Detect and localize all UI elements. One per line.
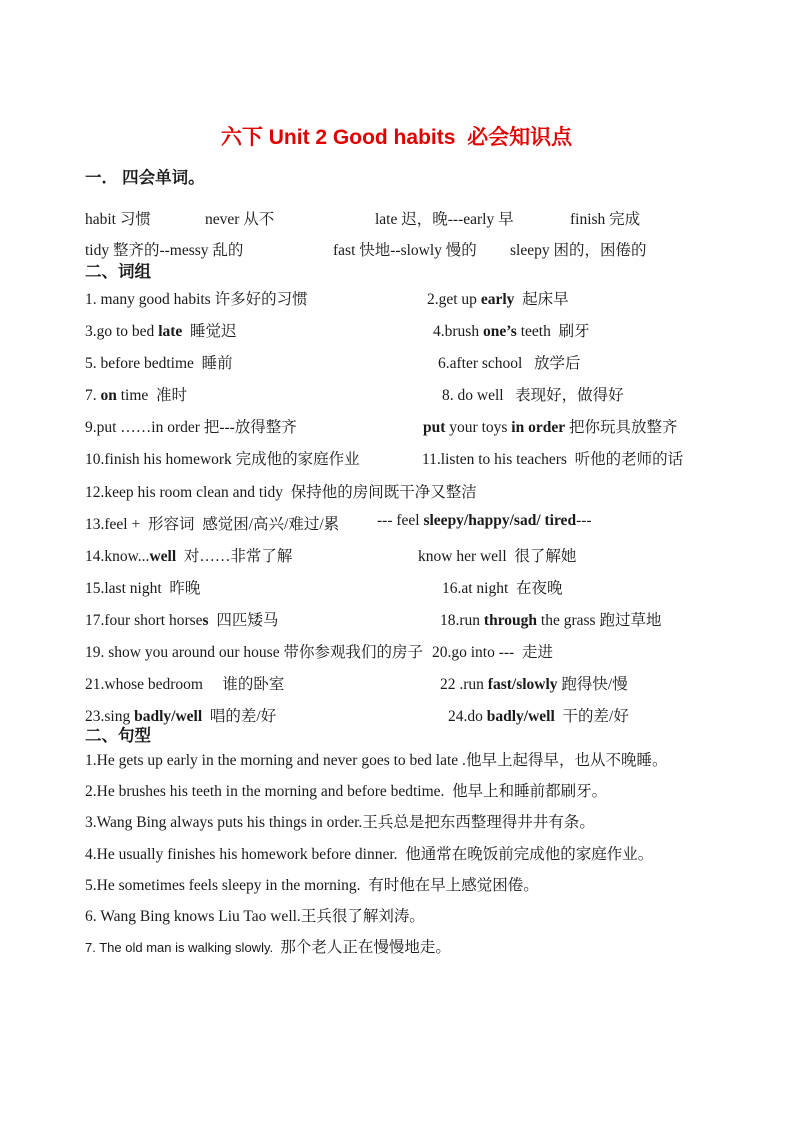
doc-title: 六下 Unit 2 Good habits 必会知识点 <box>0 121 793 151</box>
word-cell: habit 习惯 <box>85 207 151 229</box>
word-row-1: habit 习惯 never 从不 late 迟，晚---early 早 fin… <box>85 207 745 229</box>
phrase-row: 1. many good habits 许多好的习惯 2.get up earl… <box>85 287 765 319</box>
phrase-right: 22 .run fast/slowly 跑得快/慢 <box>440 672 628 694</box>
phrase-row: 9.put ……in order 把---放得整齐 put your toys … <box>85 415 765 447</box>
sentence-zh: 他早上起得早，也从不晚睡。 <box>466 752 668 769</box>
word-cell: finish 完成 <box>570 207 640 229</box>
word-cell: fast 快地--slowly 慢的 <box>333 238 477 260</box>
phrase-row: 3.go to bed late 睡觉迟 4.brush one’s teeth… <box>85 319 765 351</box>
word-cell: sleepy 困的，困倦的 <box>510 238 646 260</box>
sentence-zh: 有时他在早上感觉困倦。 <box>368 877 539 894</box>
phrase-left: 5. before bedtime 睡前 <box>85 351 233 373</box>
phrase-right: 8. do well 表现好，做得好 <box>442 383 624 405</box>
sentence-line: 2.He brushes his teeth in the morning an… <box>85 779 775 810</box>
phrase-row: 5. before bedtime 睡前 6.after school 放学后 <box>85 351 765 383</box>
sentence-line: 7. The old man is walking slowly. 那个老人正在… <box>85 935 775 966</box>
section-heading-phrases: 二、词组 <box>85 258 151 282</box>
sentence-line: 6. Wang Bing knows Liu Tao well.王兵很了解刘涛。 <box>85 904 775 935</box>
document-page: 六下 Unit 2 Good habits 必会知识点 一． 四会单词。 hab… <box>0 0 793 1122</box>
sentence-en: 7. The old man is walking slowly. <box>85 940 280 955</box>
phrase-left: 17.four short horses 四匹矮马 <box>85 608 278 630</box>
phrase-left: 13.feel + 形容词 感觉困/高兴/难过/累 <box>85 512 339 534</box>
sentence-en: 6. Wang Bing knows Liu Tao well. <box>85 908 301 925</box>
sentence-line: 3.Wang Bing always puts his things in or… <box>85 810 775 841</box>
phrase-row: 14.know...well 对……非常了解 know her well 很了解… <box>85 544 765 576</box>
phrase-row: 7. on time 准时 8. do well 表现好，做得好 <box>85 383 765 415</box>
phrase-left: 15.last night 昨晚 <box>85 576 200 598</box>
phrase-right: put your toys in order 把你玩具放整齐 <box>423 415 677 437</box>
phrase-left: 10.finish his homework 完成他的家庭作业 <box>85 447 360 469</box>
phrase-right: 18.run through the grass 跑过草地 <box>440 608 661 630</box>
phrase-left: 14.know...well 对……非常了解 <box>85 544 292 566</box>
phrase-left: 3.go to bed late 睡觉迟 <box>85 319 237 341</box>
phrase-right: 2.get up early 起床早 <box>427 287 569 309</box>
phrase-right: 24.do badly/well 干的差/好 <box>448 704 629 726</box>
sentence-zh: 王兵总是把东西整理得井井有条。 <box>362 814 595 831</box>
sentence-zh: 他早上和睡前都刷牙。 <box>452 783 607 800</box>
phrase-right: 11.listen to his teachers 听他的老师的话 <box>422 447 683 469</box>
word-row-2: tidy 整齐的--messy 乱的 fast 快地--slowly 慢的 sl… <box>85 238 745 260</box>
sentence-en: 3.Wang Bing always puts his things in or… <box>85 814 362 831</box>
sentence-line: 1.He gets up early in the morning and ne… <box>85 748 775 779</box>
phrase-right: know her well 很了解她 <box>418 544 576 566</box>
phrase-right: 6.after school 放学后 <box>438 351 580 373</box>
phrase-row: 19. show you around our house 带你参观我们的房子 … <box>85 640 765 672</box>
phrase-row: 10.finish his homework 完成他的家庭作业 11.liste… <box>85 447 765 479</box>
phrase-right: 16.at night 在夜晚 <box>442 576 563 598</box>
phrase-right: 4.brush one’s teeth 刷牙 <box>433 319 590 341</box>
phrase-left: 1. many good habits 许多好的习惯 <box>85 287 308 309</box>
phrase-row: 13.feel + 形容词 感觉困/高兴/难过/累 --- feel sleep… <box>85 512 765 544</box>
phrase-row: 12.keep his room clean and tidy 保持他的房间既干… <box>85 480 765 512</box>
sentence-en: 1.He gets up early in the morning and ne… <box>85 752 466 769</box>
phrase-left: 21.whose bedroom 谁的卧室 <box>85 672 284 694</box>
section-heading-words: 一． 四会单词。 <box>85 164 205 188</box>
word-cell: late 迟，晚---early 早 <box>375 207 514 229</box>
word-cell: never 从不 <box>205 207 274 229</box>
phrase-row: 17.four short horses 四匹矮马 18.run through… <box>85 608 765 640</box>
phrase-left: 7. on time 准时 <box>85 383 187 405</box>
phrase-row: 15.last night 昨晚 16.at night 在夜晚 <box>85 576 765 608</box>
sentence-en: 5.He sometimes feels sleepy in the morni… <box>85 877 368 894</box>
phrase-row: 21.whose bedroom 谁的卧室 22 .run fast/slowl… <box>85 672 765 704</box>
phrase-left: 19. show you around our house 带你参观我们的房子 <box>85 640 423 662</box>
phrase-right: --- feel sleepy/happy/sad/ tired--- <box>377 512 592 530</box>
sentence-line: 5.He sometimes feels sleepy in the morni… <box>85 873 775 904</box>
phrase-right: 20.go into --- 走进 <box>432 640 553 662</box>
phrase-row: 23.sing badly/well 唱的差/好 24.do badly/wel… <box>85 704 765 736</box>
sentence-zh: 那个老人正在慢慢地走。 <box>280 939 451 956</box>
phrase-left: 12.keep his room clean and tidy 保持他的房间既干… <box>85 480 477 502</box>
sentence-list: 1.He gets up early in the morning and ne… <box>85 748 775 966</box>
sentence-en: 2.He brushes his teeth in the morning an… <box>85 783 452 800</box>
word-cell: tidy 整齐的--messy 乱的 <box>85 238 243 260</box>
phrase-list: 1. many good habits 许多好的习惯 2.get up earl… <box>85 287 765 736</box>
sentence-zh: 王兵很了解刘涛。 <box>301 908 425 925</box>
sentence-en: 4.He usually finishes his homework befor… <box>85 846 405 863</box>
section-heading-sentences: 二、句型 <box>85 722 151 746</box>
sentence-line: 4.He usually finishes his homework befor… <box>85 842 775 873</box>
phrase-left: 9.put ……in order 把---放得整齐 <box>85 415 297 437</box>
sentence-zh: 他通常在晚饭前完成他的家庭作业。 <box>405 846 653 863</box>
